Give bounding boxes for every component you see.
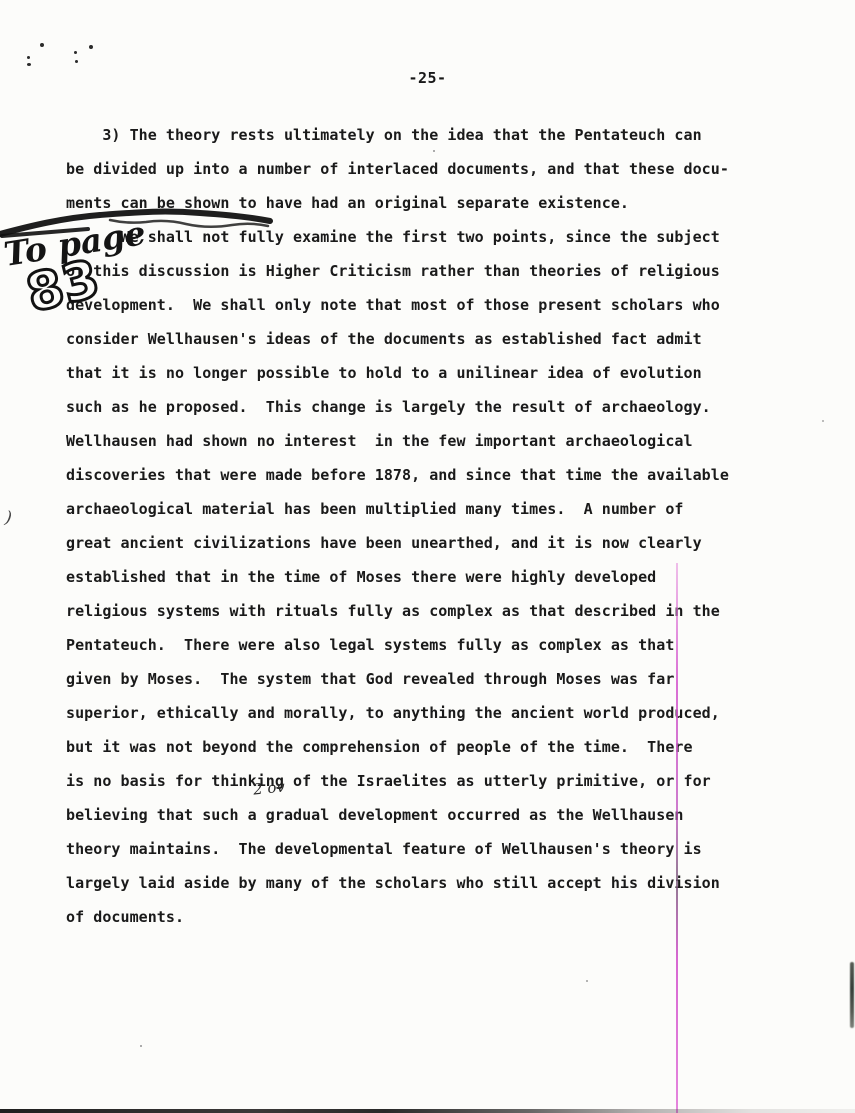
text-line: Pentateuch. There were also legal system… [66,628,786,662]
pink-scan-line [676,563,678,1113]
text-line: discoveries that were made before 1878, … [66,458,786,492]
right-edge-smudge [850,962,854,1028]
text-line: established that in the time of Moses th… [66,560,786,594]
text-line: theory maintains. The developmental feat… [66,832,786,866]
paper-speck [140,1045,142,1047]
text-line: believing that such a gradual developmen… [66,798,786,832]
text-line: superior, ethically and morally, to anyt… [66,696,786,730]
handwritten-margin-note: To page 83 [0,196,310,336]
text-line: religious systems with rituals fully as … [66,594,786,628]
bottom-scan-artifact [0,1109,855,1113]
text-line: of documents. [66,900,786,934]
text-line: be divided up into a number of interlace… [66,152,786,186]
text-line: 3) The theory rests ultimately on the id… [66,118,786,152]
text-line: archaeological material has been multipl… [66,492,786,526]
paper-speck [75,60,78,63]
text-line: but it was not beyond the comprehension … [66,730,786,764]
paper-speck [433,150,435,152]
paper-speck [40,43,44,47]
text-line: such as he proposed. This change is larg… [66,390,786,424]
text-line: largely laid aside by many of the schola… [66,866,786,900]
paper-speck [74,51,77,54]
document-page: -25- 3) The theory rests ultimately on t… [0,0,855,1113]
paper-speck [586,980,588,982]
text-line: given by Moses. The system that God reve… [66,662,786,696]
text-line: great ancient civilizations have been un… [66,526,786,560]
text-line: Wellhausen had shown no interest in the … [66,424,786,458]
text-line: is no basis for thinking of the Israelit… [66,764,786,798]
paper-speck [89,45,93,49]
page-number: -25- [0,68,855,88]
paper-speck [822,420,824,422]
stray-pen-mark: ) [4,508,13,529]
text-line: that it is no longer possible to hold to… [66,356,786,390]
handwritten-inline-mark: 2 ov [252,777,286,798]
paper-speck [27,56,30,59]
paper-speck [27,63,31,66]
